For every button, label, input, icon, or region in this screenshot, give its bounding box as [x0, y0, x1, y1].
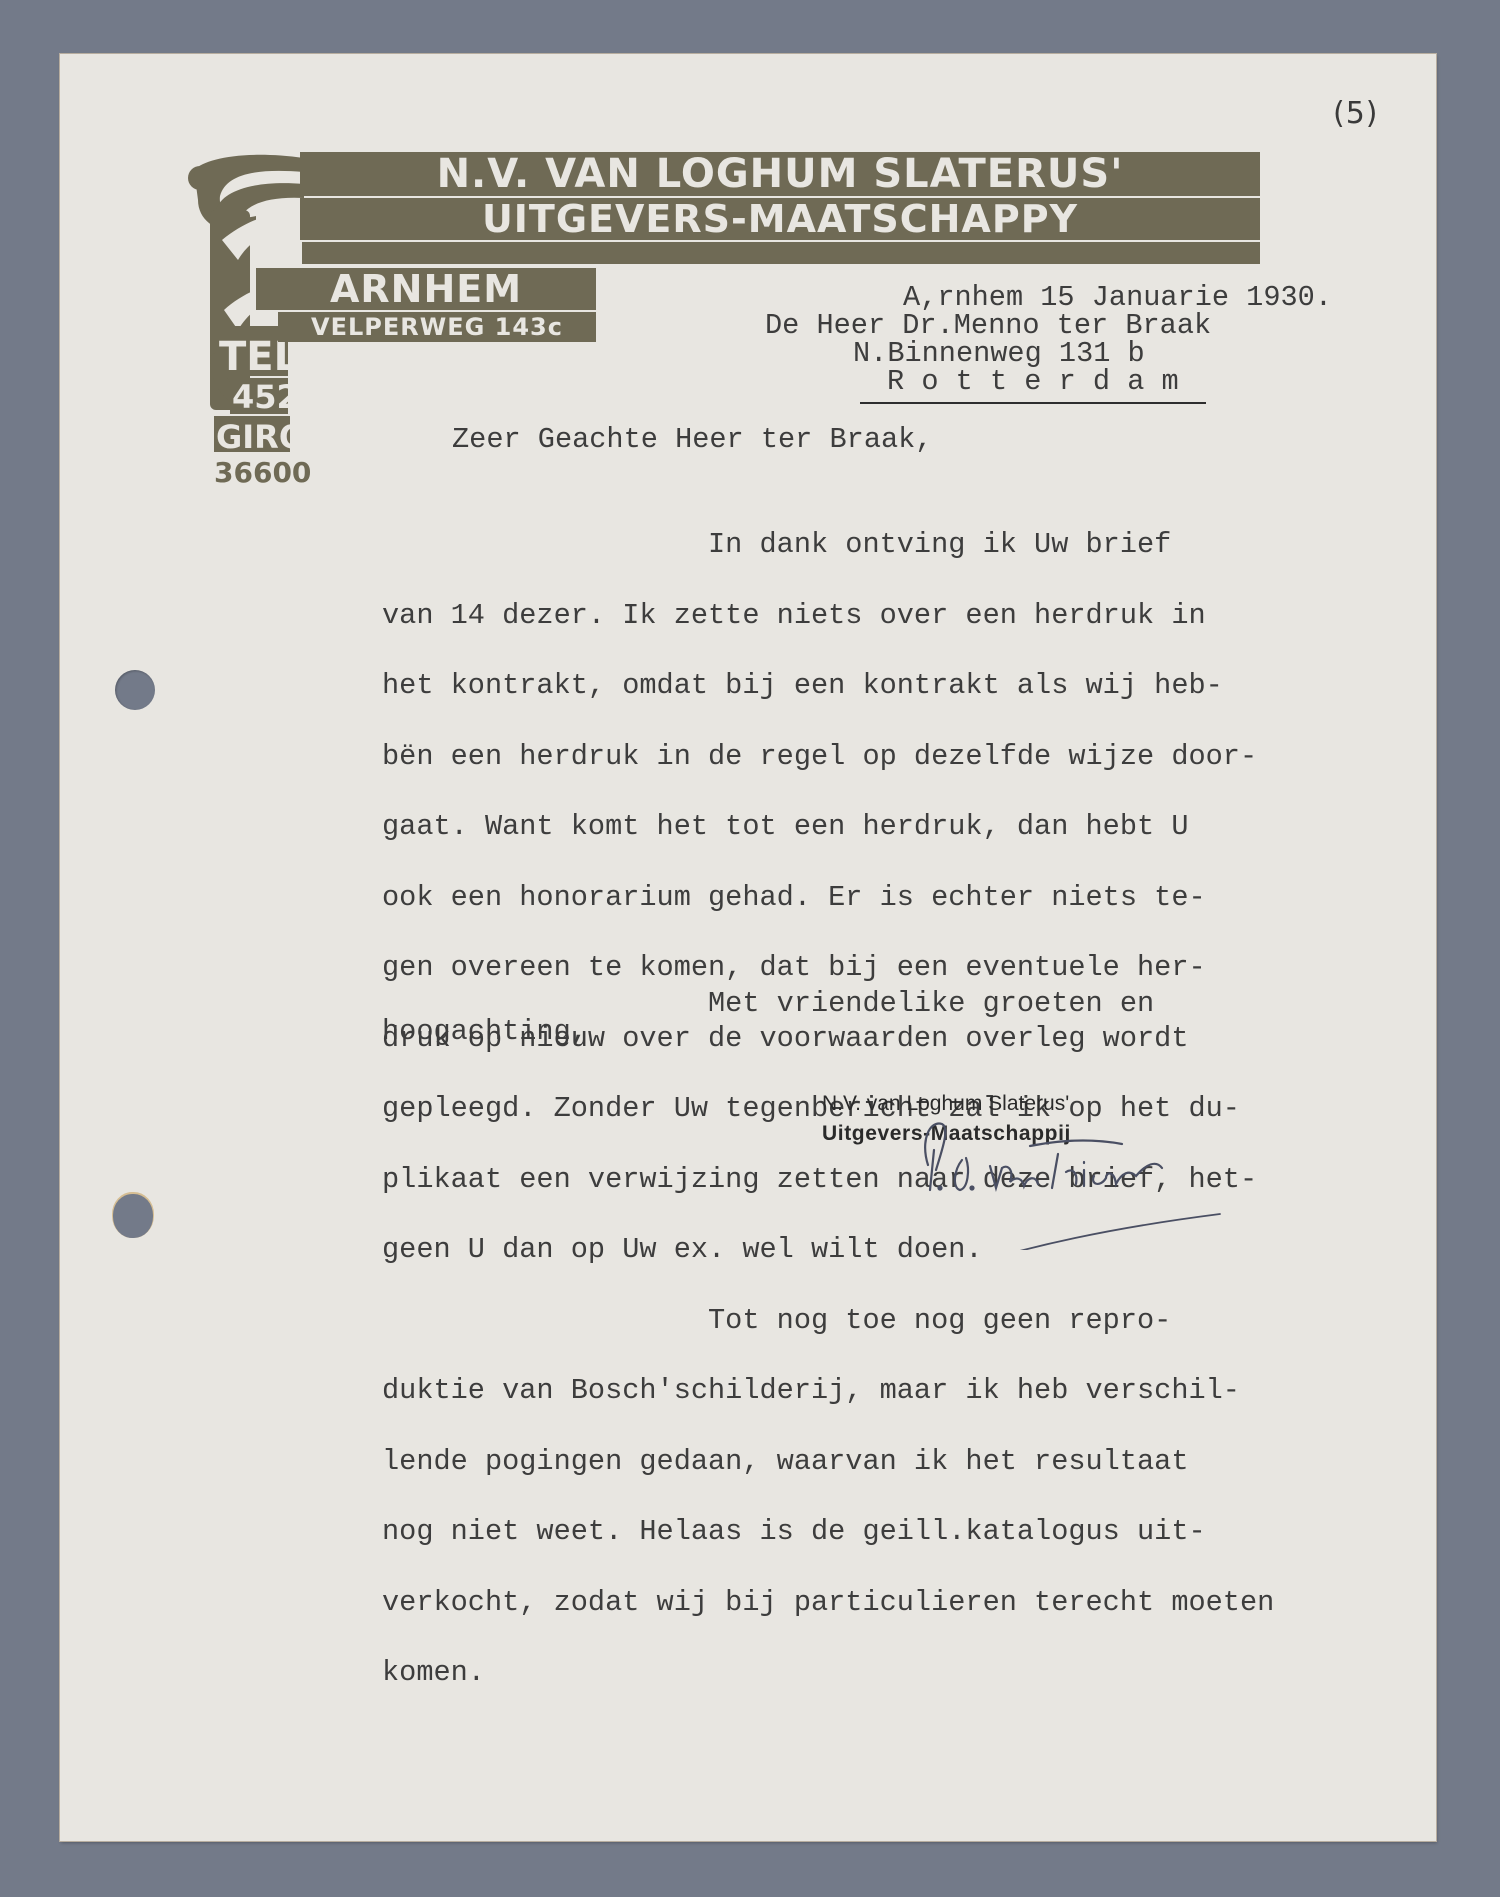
punch-hole-top: [115, 670, 155, 710]
recipient-city: R o t t e r d a m: [887, 370, 1179, 394]
recipient-street: N.Binnenweg 131 b: [853, 342, 1145, 366]
letterhead-street-text: VELPERWEG 143c: [311, 313, 563, 341]
body-line: gaat. Want komt het tot een herdruk, dan…: [382, 815, 1274, 839]
letterhead-company-type: UITGEVERS-MAATSCHAPPY: [300, 198, 1260, 240]
body-line: nog niet weet. Helaas is de geill.katalo…: [382, 1520, 1274, 1544]
date-line: A,rnhem 15 Januarie 1930.: [903, 286, 1332, 310]
body-line: komen.: [382, 1661, 1274, 1685]
closing-line-2: hoogachting,: [382, 1020, 588, 1044]
closing-line-1: Met vriendelike groeten en: [382, 992, 1154, 1016]
letterhead-line2: UITGEVERS-MAATSCHAPPY: [482, 198, 1078, 240]
letterhead-city: ARNHEM: [256, 268, 596, 310]
svg-text:36600: 36600: [214, 456, 311, 489]
salutation: Zeer Geachte Heer ter Braak,: [452, 428, 932, 452]
body-line: het kontrakt, omdat bij een kontrakt als…: [382, 674, 1274, 698]
letterhead-company-name: N.V. VAN LOGHUM SLATERUS': [300, 152, 1260, 196]
body-line: gen overeen te komen, dat bij een eventu…: [382, 956, 1274, 980]
svg-text:GIRO: GIRO: [216, 418, 306, 456]
body-line: bën een herdruk in de regel op dezelfde …: [382, 745, 1274, 769]
body-line: Tot nog toe nog geen repro-: [382, 1309, 1274, 1333]
address-underline: [860, 402, 1206, 404]
body-line: van 14 dezer. Ik zette niets over een he…: [382, 604, 1274, 628]
letterhead-street: VELPERWEG 143c: [278, 312, 596, 342]
letterhead-bar: [302, 242, 1260, 264]
archive-number: (5): [1333, 96, 1379, 131]
body-line: duktie van Bosch'schilderij, maar ik heb…: [382, 1379, 1274, 1403]
body-line: ook een honorarium gehad. Er is echter n…: [382, 886, 1274, 910]
svg-text:452: 452: [232, 378, 299, 416]
body-line: In dank ontving ik Uw brief: [382, 533, 1274, 557]
punch-hole-bottom: [113, 1194, 153, 1238]
body-line: lende pogingen gedaan, waarvan ik het re…: [382, 1450, 1274, 1474]
letterhead-city-text: ARNHEM: [330, 268, 522, 310]
body-line: verkocht, zodat wij bij particulieren te…: [382, 1591, 1274, 1615]
letterhead-line1: N.V. VAN LOGHUM SLATERUS': [437, 152, 1124, 196]
recipient-name: De Heer Dr.Menno ter Braak: [765, 314, 1211, 338]
handwritten-signature-icon: [890, 1110, 1230, 1250]
